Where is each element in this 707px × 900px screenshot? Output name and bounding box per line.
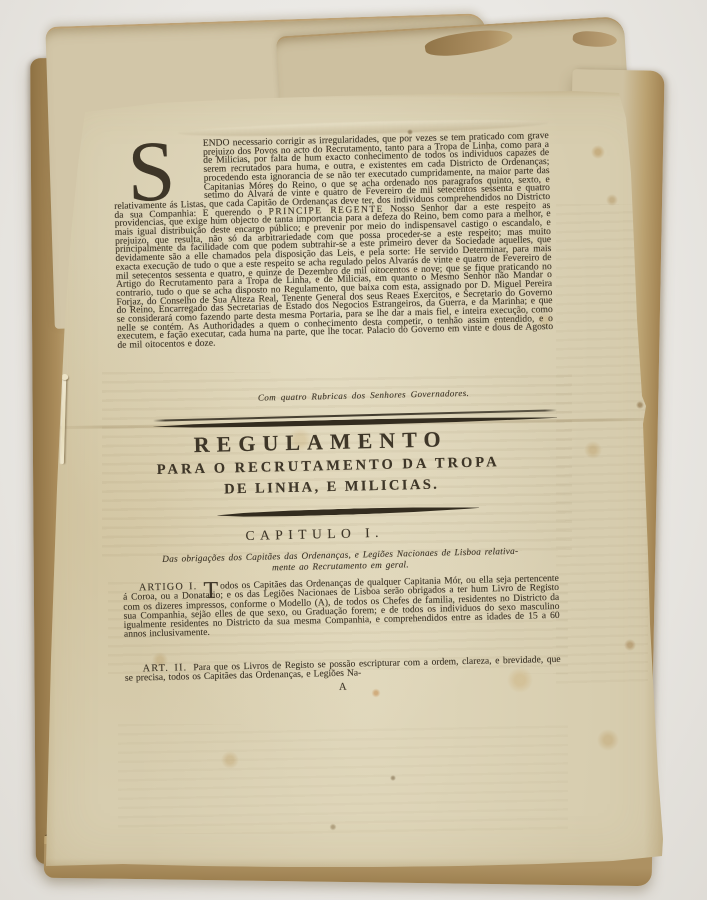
chapter-subtitle: Das obrigações dos Capitães das Ordenanç… [122, 546, 558, 577]
bleed-through-text [118, 724, 568, 834]
printed-text-block: SENDO necessario corrigir as irregularid… [113, 122, 563, 732]
signature-note: Com quatro Rubricas dos Senhores Governa… [199, 387, 529, 404]
bleed-through-text [556, 204, 648, 684]
page-curl-corner [572, 30, 617, 49]
chapter-heading: CAPITULO I. [122, 521, 558, 547]
opening-drop-cap: S [113, 140, 204, 202]
photo-backdrop: SENDO necessario corrigir as irregularid… [0, 0, 707, 900]
section-rule-swelled [217, 505, 479, 519]
binding-thread [61, 378, 66, 464]
page-curl [424, 25, 514, 60]
article-1-paragraph: ARTIGO I.Todos os Capitães das Ordenança… [123, 574, 560, 640]
pamphlet-front-page: SENDO necessario corrigir as irregularid… [38, 84, 670, 876]
opening-paragraph: SENDO necessario corrigir as irregularid… [113, 132, 554, 351]
opening-text-continued: Nosso Senhor dar a este respeito as prov… [115, 200, 554, 351]
